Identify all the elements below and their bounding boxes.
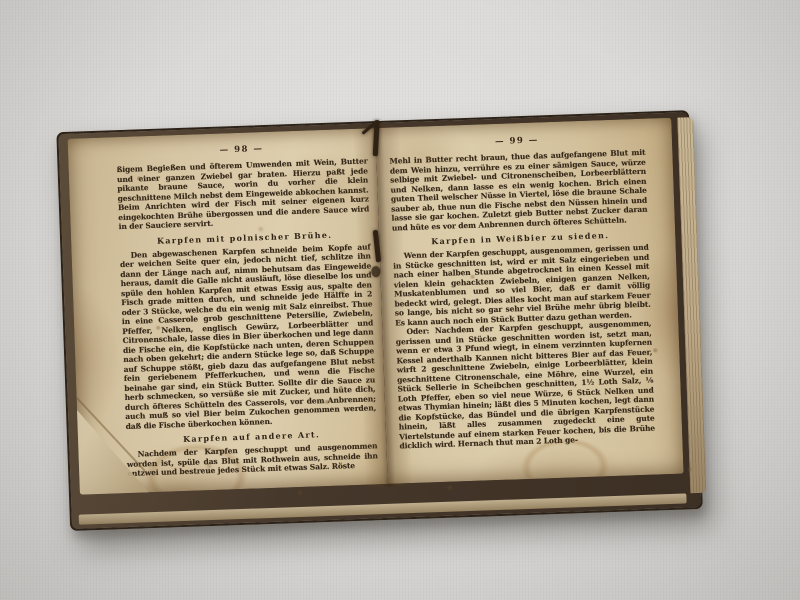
- left-page-recipe-text-2: Nachdem der Karpfen geschuppt und ausgen…: [126, 441, 378, 478]
- right-page-continuation-paragraph: Mehl in Butter recht braun, thue das auf…: [389, 148, 647, 233]
- left-page-continuation-paragraph: ßigem Begießen und öfterem Umwenden mit …: [117, 156, 370, 231]
- right-page: — 99 — Mehl in Butter recht braun, thue …: [375, 118, 683, 484]
- antique-book: — 98 — ßigem Begießen und öfterem Umwend…: [66, 117, 699, 518]
- right-page-recipe-text-1: Wenn der Karpfen geschuppt, ausgenommen,…: [393, 243, 651, 328]
- photo-of-open-book: — 98 — ßigem Begießen und öfterem Umwend…: [0, 0, 800, 600]
- left-page-recipe-text-1: Den abgewaschenen Karpfen schneide beim …: [119, 242, 376, 431]
- left-page: — 98 — ßigem Begießen und öfterem Umwend…: [68, 128, 388, 495]
- right-page-recipe-text-2: Oder: Nachdem der Karpfen geschuppt, aus…: [395, 319, 655, 451]
